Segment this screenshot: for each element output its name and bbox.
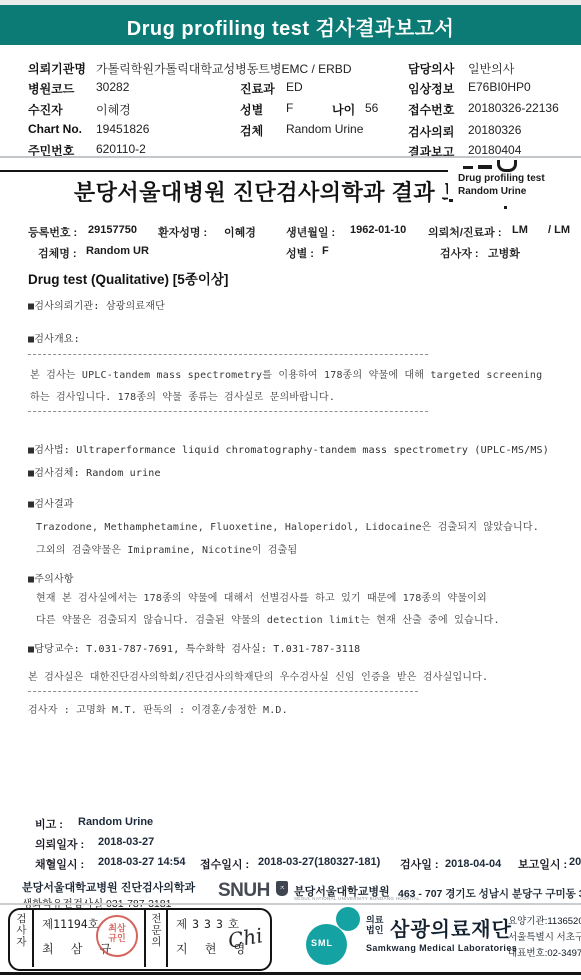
accreditation-line: 본 검사실은 대한진단검사의학회/진단검사의학재단의 우수검사실 신임 인증을 … [28,668,488,683]
order-label-institution: 의뢰기관명 [28,60,86,77]
patient-name-value: 이혜경 [224,224,256,240]
patient-referral-value: LM [512,224,528,236]
clipped-text-artifact [478,165,492,169]
page-bottom-border [0,972,581,975]
order-label-hospital-code: 병원코드 [28,80,74,97]
order-value-sex: F [286,101,293,115]
overview-line1: 본 검사는 UPLC-tandem mass spectrometry를 이용하… [30,366,542,381]
order-label-age: 나이 [332,101,355,118]
caution-line1: 현재 본 검사실에서는 178종의 약물에 대해서 선별검사를 하고 있기 때문… [36,589,487,604]
order-value-specimen: Random Urine [286,122,363,136]
overview-header: ■검사개요: [28,330,80,345]
order-value-clinical-info: E76BI0HP0 [468,80,531,94]
org-type-label: 의료 법인 [366,915,383,935]
page2-top-border [0,170,452,172]
hospital-address: 463 - 707 경기도 성남시 분당구 구미동 300 [398,886,581,901]
remark-label: 비고 : [35,816,63,832]
order-label-receipt-no: 접수번호 [408,101,454,118]
sml-care-no: 요양기관:1136520 [508,914,581,930]
sml-phone: 대표번호:02-3497-510 [508,946,581,962]
clipped-text-artifact [463,166,473,169]
collect-label: 채혈일시 : [35,856,84,872]
page-title: Drug profiling test 검사결과보고서 [0,12,581,41]
order-value-chart-no: 19451826 [96,122,149,136]
testday-label: 검사일 : [400,856,439,872]
caution-line2: 다른 약물은 검출되지 않습니다. 검출된 약물의 detection limi… [36,611,500,626]
request-date-label: 의뢰일자 : [35,836,84,852]
order-value-patient: 이혜경 [96,101,131,118]
order-value-request-date: 20180326 [468,123,521,137]
reportday-label: 보고일시 : [518,856,567,872]
professor-line: ■담당교수: T.031-787-7691, 특수화학 검사실: T.031-7… [28,640,360,655]
sml-logo-blob [336,907,360,931]
stamp-role-specialist: 전문의 [149,913,164,948]
corner-note: Drug profiling test Random Urine [458,172,545,198]
org-name-english: Samkwang Medical Laboratories [366,943,517,953]
order-value-doctor: 일반의사 [468,60,514,77]
reportday-value: 2018-04-04 11:22 [569,856,581,868]
signoff-line: 검사자 : 고명화 M.T. 판독의 : 이경훈/송정한 M.D. [28,701,288,716]
stamp-divider [166,908,168,967]
method-line: ■검사법: Ultraperformance liquid chromatogr… [28,441,549,456]
request-date-value: 2018-03-27 [98,836,154,848]
patient-name-label: 환자성명 : [158,224,207,240]
stamp-divider [144,908,146,967]
order-value-receipt-no: 20180326-22136 [468,101,559,115]
collect-value: 2018-03-27 14:54 [98,856,185,868]
stamp-divider [32,908,34,967]
dashed-divider [28,691,418,692]
order-label-request-date: 검사의뢰 [408,123,454,140]
sml-address: 서울특별시 서초구 [508,930,581,946]
dashed-divider [28,354,428,355]
overview-line2: 하는 검사입니다. 178종의 약물 종류는 검사실로 문의바랍니다. [30,388,335,403]
caution-header: ■주의사항 [28,570,74,585]
agency-line: ■검사의뢰기관: 삼광의료재단 [28,297,165,312]
test-title: Drug test (Qualitative) [5종이상] [28,268,228,288]
clipped-glyph-dot [449,199,453,202]
receipt-value: 2018-03-27(180327-181) [258,856,380,868]
patient-specimen-value: Random UR [86,245,149,257]
patient-birth-value: 1962-01-10 [350,224,406,236]
result-line1: Trazodone, Methamphetamine, Fluoxetine, … [36,518,539,533]
drug-profiling-report-page: Drug profiling test 검사결과보고서 의뢰기관명 가톨릭학원가… [0,0,581,980]
order-value-hospital-code: 30282 [96,80,129,94]
sml-logo-text: SML [311,938,333,948]
patient-reg-value: 29157750 [88,224,137,236]
order-value-report-date: 20180404 [468,143,521,157]
patient-referral-label: 의뢰처/진료과 : [428,224,502,240]
patient-referral-value2: / LM [548,224,570,236]
patient-sex-value: F [322,245,329,257]
order-label-chart-no: Chart No. [28,122,82,136]
order-label-sex: 성별 [240,101,263,118]
clipped-glyph-dot [504,206,507,209]
order-label-specimen: 검체 [240,122,263,139]
remark-value: Random Urine [78,816,153,828]
patient-examiner-value: 고병화 [488,245,520,261]
patient-examiner-label: 검사자 : [440,245,479,261]
section-divider [0,156,581,158]
patient-reg-label: 등록번호 : [28,224,77,240]
patient-specimen-label: 검체명 : [38,245,77,261]
order-label-clinical-info: 임상정보 [408,80,454,97]
dashed-divider [28,411,428,412]
footer-divider [0,903,581,905]
patient-birth-label: 생년월일 : [286,224,335,240]
stamp-role-examiner: 검사자 [14,913,29,948]
clipped-text-artifact [497,160,517,172]
order-value-dept: ED [286,80,303,94]
order-value-age: 56 [365,101,378,115]
order-value-institution: 가톨릭학원가톨릭대학교성병동트병EMC / ERBD [96,60,351,77]
specimen-line: ■검사검체: Random urine [28,464,161,479]
order-label-doctor: 담당의사 [408,60,454,77]
snuh-logo: SNUH [218,880,270,902]
patient-sex-label: 성별 : [286,245,314,261]
hospital-dept-line1: 분당서울대학교병원 진단검사의학과 [22,879,195,895]
testday-value: 2018-04-04 [445,858,501,870]
receipt-label: 접수일시 : [200,856,249,872]
examiner-license-no: 제11194호 [42,916,99,932]
snuh-shield-icon: ㅈ [276,881,288,896]
red-seal-stamp: 최삼 규인 [96,915,138,957]
order-label-dept: 진료과 [240,80,275,97]
result-line2: 그외의 검출약물은 Imipramine, Nicotine이 검출됨 [36,541,297,556]
org-name: 삼광의료재단 [390,913,512,942]
result-header: ■검사결과 [28,495,74,510]
order-value-resident-no: 620110-2 [96,142,146,156]
order-label-patient: 수진자 [28,101,63,118]
